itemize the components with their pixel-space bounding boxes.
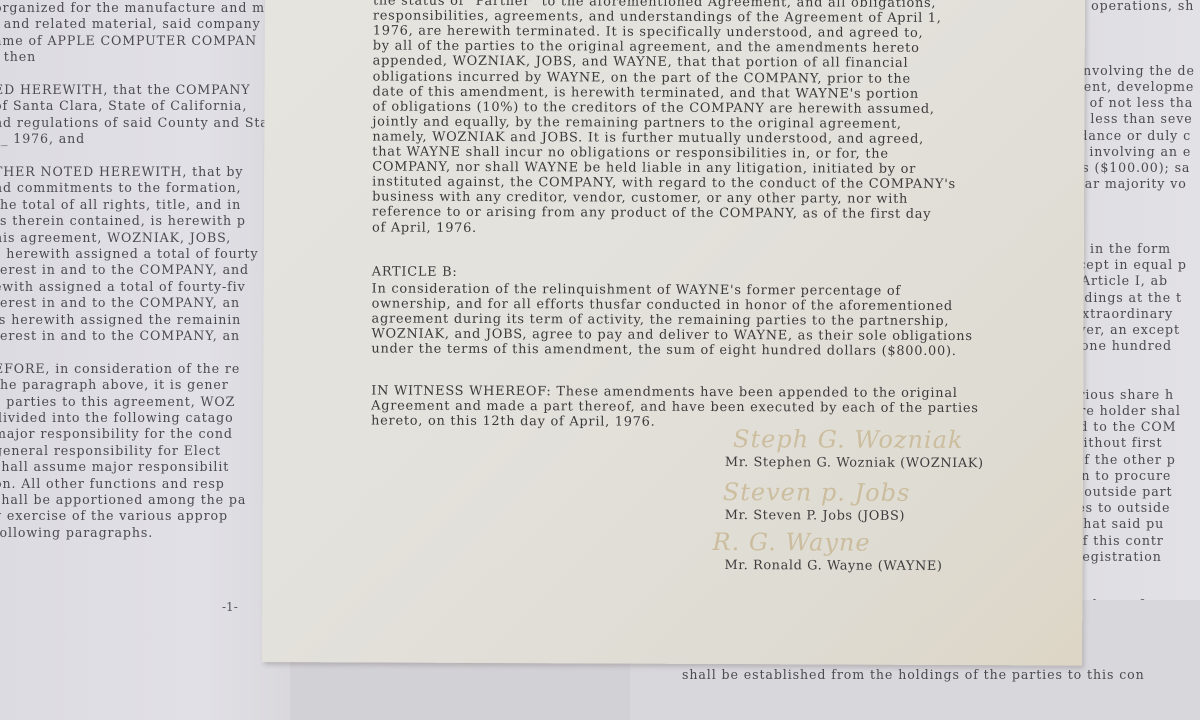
page-number: -1- <box>222 600 238 614</box>
left-page-line: y exercise of the various approp <box>0 508 228 523</box>
left-page-line: EFORE, in consideration of the re <box>0 361 240 376</box>
left-page-line: shall assume major responsibilit <box>0 459 229 474</box>
left-page-line: organized for the manufacture and m <box>0 0 265 15</box>
left-page-line: ts therein contained, is herewith p <box>0 213 246 228</box>
left-page-line: general responsibility for Elect <box>0 443 221 458</box>
left-page-line: s parties to this agreement, WOZ <box>0 394 235 409</box>
bottom-page-line: shall be established from the holdings o… <box>682 667 1145 682</box>
signatory-name: Mr. Stephen G. Wozniak (WOZNIAK) <box>725 455 984 471</box>
handwritten-signature: R. G. Wayne <box>713 528 871 557</box>
left-page-line: terest in and to the COMPANY, and <box>0 262 249 277</box>
left-page-line: divided into the following catago <box>0 410 234 425</box>
left-page-line: is herewith assigned the remainin <box>0 312 241 327</box>
left-page-line: ED HEREWITH, that the COMPANY <box>0 82 251 97</box>
document-line: of April, 1976. <box>372 220 477 235</box>
left-page-line: major responsibility for the cond <box>0 426 233 441</box>
left-page-line: the total of all rights, title, and in <box>0 197 241 212</box>
left-page-line: , and related material, said company <box>0 16 261 31</box>
article-b-heading: ARTICLE B: <box>372 264 458 279</box>
background-page-left: organized for the manufacture and m, and… <box>0 0 290 720</box>
signatory-name: Mr. Steven P. Jobs (JOBS) <box>725 508 905 524</box>
handwritten-signature: Steven p. Jobs <box>723 478 911 507</box>
signatory-name: Mr. Ronald G. Wayne (WAYNE) <box>724 558 942 574</box>
left-page-line: terest in and to the COMPANY, an <box>0 295 240 310</box>
left-page-line: the paragraph above, it is gener <box>0 377 229 392</box>
left-page-line: on. All other functions and resp <box>0 476 225 491</box>
left-page-line: terest in and to the COMPANY, an <box>0 328 240 343</box>
left-page-line: , then <box>0 49 36 64</box>
left-page-line: following paragraphs. <box>0 525 153 540</box>
left-page-line: shall be apportioned among the pa <box>0 492 246 507</box>
document-line: hereto, on this 12th day of April, 1976. <box>371 414 655 430</box>
left-page-line: THER NOTED HEREWITH, that by <box>0 164 243 179</box>
handwritten-signature: Steph G. Wozniak <box>733 425 964 454</box>
left-page-line: nd regulations of said County and Sta <box>0 115 269 130</box>
left-page-line: __ 1976, and <box>0 131 85 146</box>
left-page-line: nd commitments to the formation, <box>0 180 241 195</box>
left-page-line: ame of APPLE COMPUTER COMPAN <box>0 33 257 48</box>
document-line: under the terms of this amendment, the s… <box>371 342 956 360</box>
left-page-line: his agreement, WOZNIAK, JOBS, <box>0 230 231 245</box>
amendment-document-page: the status of "Partner" to the aforement… <box>262 0 1085 666</box>
left-page-line: s herewith assigned a total of fourty <box>0 246 259 261</box>
left-page-line: of Santa Clara, State of California, <box>0 98 247 113</box>
left-page-line: ewith assigned a total of fourty-fiv <box>0 279 246 294</box>
